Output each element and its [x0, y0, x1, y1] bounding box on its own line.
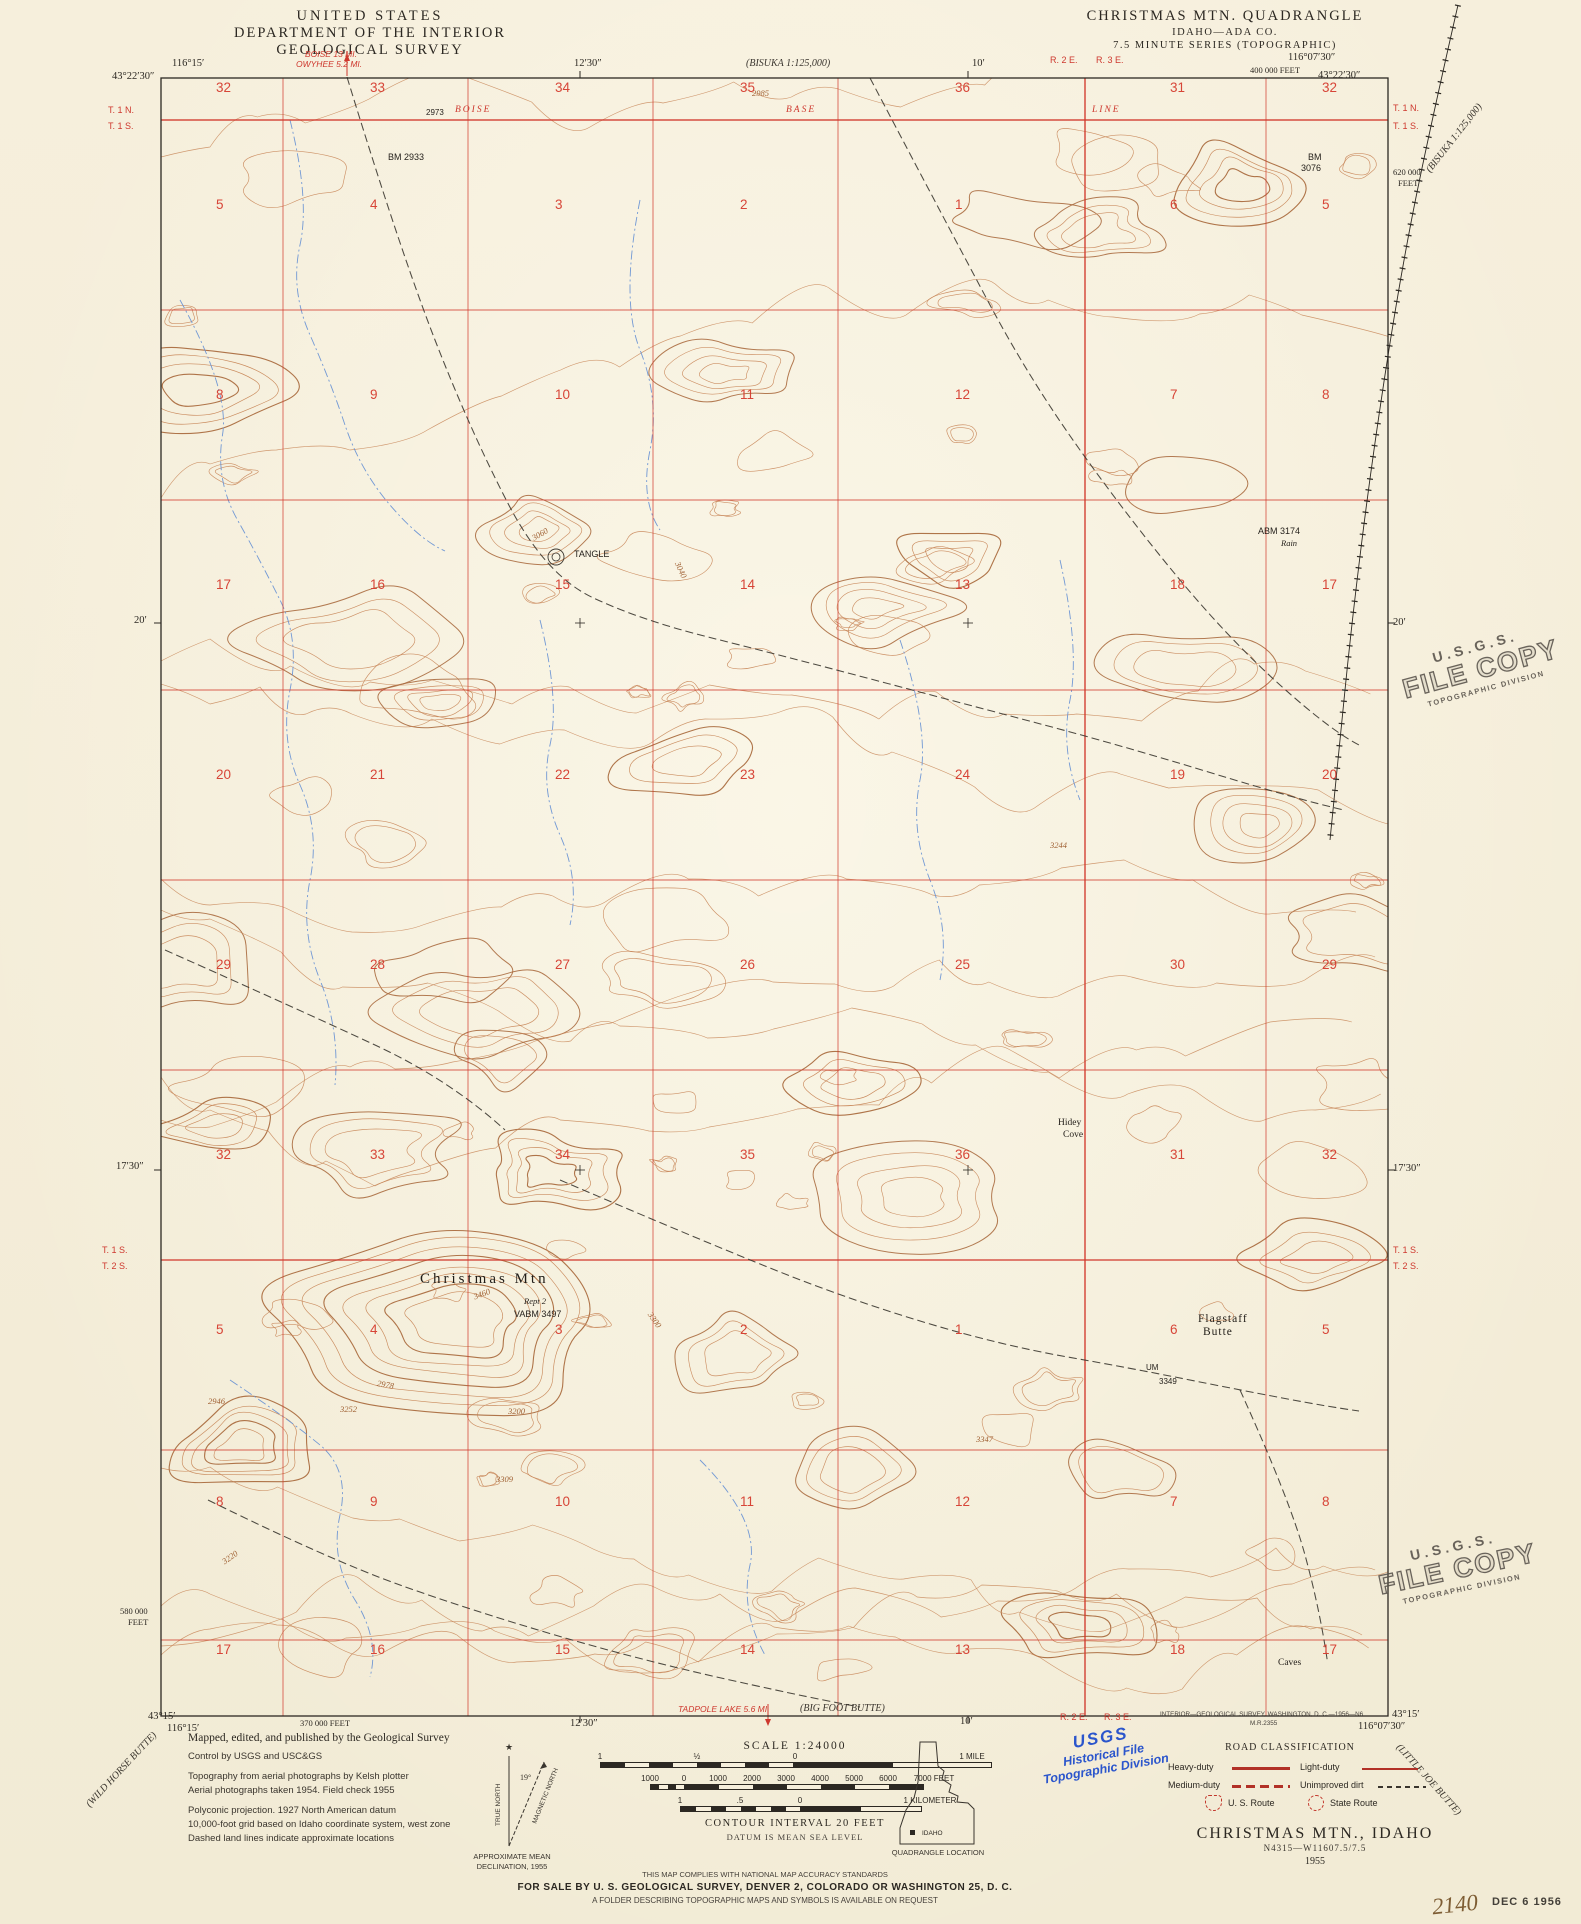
feet-scale-tick: 5000	[845, 1774, 863, 1783]
margin-label: 620 000	[1393, 167, 1421, 177]
section-number: 32	[1322, 80, 1337, 95]
declination-diagram: ★ TRUE NORTH MAGNETIC NORTH 19°	[460, 1736, 570, 1856]
section-number: 34	[555, 80, 570, 95]
map-feature-label: BASE	[786, 105, 816, 115]
feet-scale-tick: 6000	[879, 1774, 897, 1783]
margin-label: 12′30″	[570, 1718, 598, 1729]
compliance-block: THIS MAP COMPLIES WITH NATIONAL MAP ACCU…	[420, 1870, 1110, 1905]
quad-location-marker	[910, 1830, 915, 1835]
road-medium-sample	[1232, 1785, 1290, 1788]
section-number: 13	[955, 577, 970, 592]
section-number: 25	[955, 957, 970, 972]
map-feature-label: BM	[1308, 152, 1322, 162]
state-route-circle-icon	[1308, 1795, 1324, 1811]
margin-label: 370 000 FEET	[300, 1718, 350, 1728]
section-number: 2	[740, 1322, 748, 1337]
map-feature-label: Caves	[1278, 1658, 1301, 1668]
section-number: 18	[1170, 577, 1185, 592]
quadrangle-location-caption: QUADRANGLE LOCATION	[868, 1848, 1008, 1857]
feet-scale-tick: 1000	[641, 1774, 659, 1783]
feet-bar-left	[650, 1784, 686, 1790]
section-number: 3	[555, 1322, 563, 1337]
feet-scale-tick: 1000	[709, 1774, 727, 1783]
compliance-line: THIS MAP COMPLIES WITH NATIONAL MAP ACCU…	[420, 1870, 1110, 1879]
feet-scale-tick: 4000	[811, 1774, 829, 1783]
section-number: 1	[955, 197, 963, 212]
declination-caption-1: APPROXIMATE MEAN	[452, 1852, 572, 1861]
margin-label: TADPOLE LAKE 5.6 MI.	[678, 1704, 770, 1714]
margin-label: 400 000 FEET	[1250, 65, 1300, 75]
map-feature-label: Butte	[1203, 1326, 1233, 1338]
section-number: 29	[216, 957, 231, 972]
map-feature-label: 2973	[426, 108, 444, 117]
margin-label: 116°15′	[172, 58, 204, 69]
section-number: 22	[555, 767, 570, 782]
margin-label: 10′	[972, 58, 985, 69]
mile-bar-left	[600, 1762, 797, 1768]
road-dirt-sample	[1378, 1786, 1426, 1788]
handwritten-number: 2140	[1431, 1890, 1479, 1921]
section-number: 1	[955, 1322, 963, 1337]
section-number: 6	[1170, 197, 1178, 212]
map-feature-label: BM 2933	[388, 152, 424, 162]
margin-label: T. 2 S.	[102, 1261, 128, 1271]
section-number: 4	[370, 1322, 378, 1337]
road-heavy-sample	[1232, 1767, 1290, 1770]
margin-label: 43°15′	[1392, 1709, 1420, 1720]
state-route-label: State Route	[1330, 1798, 1378, 1808]
section-number: 28	[370, 957, 385, 972]
margin-label: 116°07′30″	[1288, 52, 1335, 63]
margin-label: R. 3 E.	[1096, 55, 1124, 65]
mile-scale-tick: ½	[694, 1752, 701, 1761]
margin-label: 20′	[134, 615, 147, 626]
section-number: 30	[1170, 957, 1185, 972]
road-light-sample	[1362, 1768, 1418, 1770]
section-number: 36	[955, 80, 970, 95]
margin-label: 116°07′30″	[1358, 1721, 1405, 1732]
road-medium-label: Medium-duty	[1168, 1780, 1220, 1790]
section-number: 5	[216, 1322, 224, 1337]
margin-label: 43°15′	[148, 1711, 176, 1722]
km-scale-tick: 1	[678, 1796, 682, 1805]
section-number: 8	[216, 387, 224, 402]
section-number: 14	[740, 577, 755, 592]
section-number: 27	[555, 957, 570, 972]
section-number: 12	[955, 387, 970, 402]
section-number: 31	[1170, 1147, 1185, 1162]
margin-label: R. 2 E.	[1050, 55, 1078, 65]
margin-label: BOISE 13 MI.	[305, 49, 357, 59]
section-number: 16	[370, 1642, 385, 1657]
map-feature-label: 3252	[340, 1404, 357, 1414]
section-number: 18	[1170, 1642, 1185, 1657]
section-number: 17	[1322, 1642, 1337, 1657]
section-grid-layer	[161, 78, 1388, 1716]
quad-series: 7.5 MINUTE SERIES (TOPOGRAPHIC)	[1030, 40, 1420, 51]
margin-label: 580 000	[120, 1606, 148, 1616]
mile-scale-tick: 1	[598, 1752, 602, 1761]
svg-text:★: ★	[505, 1742, 513, 1752]
magnetic-north-label: MAGNETIC NORTH	[531, 1767, 560, 1825]
margin-label: 43°22′30″	[112, 71, 154, 82]
section-number: 9	[370, 387, 378, 402]
section-number: 14	[740, 1642, 755, 1657]
graticule-ticks	[154, 71, 1395, 1723]
section-number: 7	[1170, 1494, 1178, 1509]
contour-lines-layer	[103, 0, 1421, 1694]
agency-header: UNITED STATES DEPARTMENT OF THE INTERIOR…	[165, 8, 575, 59]
section-number: 6	[1170, 1322, 1178, 1337]
map-series-id: N4315—W11607.5/7.5	[1150, 1843, 1480, 1853]
section-number: 35	[740, 80, 755, 95]
map-feature-label: Rain	[1281, 538, 1297, 548]
margin-label: T. 1 N.	[108, 105, 134, 115]
section-number: 32	[1322, 1147, 1337, 1162]
section-number: 32	[216, 80, 231, 95]
section-number: 5	[216, 197, 224, 212]
map-feature-label: Hidey	[1058, 1118, 1081, 1128]
section-number: 9	[370, 1494, 378, 1509]
section-number: 8	[1322, 1494, 1330, 1509]
section-number: 12	[955, 1494, 970, 1509]
section-number: 13	[955, 1642, 970, 1657]
section-number: 4	[370, 197, 378, 212]
margin-label: (BISUKA 1:125,000)	[746, 58, 830, 69]
section-number: 10	[555, 1494, 570, 1509]
km-scale-tick: .5	[737, 1796, 744, 1805]
section-number: 29	[1322, 957, 1337, 972]
section-number: 7	[1170, 387, 1178, 402]
map-feature-label: Christmas Mtn	[420, 1271, 549, 1288]
feet-bar-right	[684, 1784, 924, 1790]
margin-label: R. 2 E.	[1060, 1712, 1088, 1722]
map-feature-label: 3349	[1159, 1377, 1177, 1386]
section-number: 19	[1170, 767, 1185, 782]
margin-label: 17′30″	[1393, 1163, 1421, 1174]
map-feature-label: 3076	[1301, 163, 1321, 173]
margin-label: OWYHEE 5.2 MI.	[296, 59, 362, 69]
declination-angle: 19°	[520, 1773, 531, 1782]
map-feature-label: Cove	[1063, 1130, 1083, 1140]
section-number: 35	[740, 1147, 755, 1162]
map-feature-label: 2946	[208, 1396, 225, 1406]
margin-label: R. 3 E.	[1104, 1712, 1132, 1722]
map-canvas	[0, 0, 1581, 1924]
map-neatline	[161, 78, 1388, 1716]
margin-label: T. 1 N.	[1393, 103, 1419, 113]
map-feature-label: BOISE	[455, 105, 491, 115]
us-route-shield-icon	[1205, 1795, 1222, 1811]
map-feature-label: ABM 3174	[1258, 526, 1300, 536]
map-feature-label: Flagstaff	[1198, 1313, 1248, 1325]
mile-scale-tick: 0	[793, 1752, 797, 1761]
header-survey: GEOLOGICAL SURVEY	[165, 42, 575, 59]
map-feature-label: 3244	[1050, 840, 1067, 850]
margin-label: T. 1 S.	[1393, 1245, 1419, 1255]
road-light-label: Light-duty	[1300, 1762, 1340, 1772]
feet-scale-tick: 2000	[743, 1774, 761, 1783]
feet-scale-tick: 3000	[777, 1774, 795, 1783]
section-number: 33	[370, 1147, 385, 1162]
section-number: 31	[1170, 80, 1185, 95]
section-number: 16	[370, 577, 385, 592]
section-number: 20	[1322, 767, 1337, 782]
section-number: 34	[555, 1147, 570, 1162]
margin-label: 20′	[1393, 617, 1406, 628]
section-number: 15	[555, 577, 570, 592]
margin-label: T. 1 S.	[108, 121, 134, 131]
usgs-topo-map-scan: { "header": { "left": ["UNITED STATES", …	[0, 0, 1581, 1924]
km-bar-left	[680, 1806, 802, 1812]
section-number: 10	[555, 387, 570, 402]
received-date-stamp: DEC 6 1956	[1492, 1896, 1562, 1908]
map-feature-label: UM	[1146, 1363, 1158, 1372]
map-feature-label: TANGLE	[574, 549, 609, 559]
section-number: 20	[216, 767, 231, 782]
quad-county: IDAHO—ADA CO.	[1030, 27, 1420, 38]
section-number: 11	[740, 387, 754, 402]
section-number: 33	[370, 80, 385, 95]
section-number: 23	[740, 767, 755, 782]
feet-scale-tick: 0	[682, 1774, 686, 1783]
map-feature-label: 3347	[976, 1434, 993, 1444]
section-number: 32	[216, 1147, 231, 1162]
folder-line: A FOLDER DESCRIBING TOPOGRAPHIC MAPS AND…	[420, 1896, 1110, 1905]
margin-label: M.R.2355	[1250, 1720, 1277, 1727]
section-number: 21	[370, 767, 385, 782]
margin-label: FEET	[1398, 178, 1418, 188]
map-feature-label: Rept 2	[524, 1296, 546, 1306]
true-north-label: TRUE NORTH	[495, 1783, 502, 1826]
roads-trails-layer	[165, 5, 1458, 1726]
quad-name: CHRISTMAS MTN. QUADRANGLE	[1030, 8, 1420, 25]
margin-label: T. 1 S.	[102, 1245, 128, 1255]
section-number: 2	[740, 197, 748, 212]
road-dirt-label: Unimproved dirt	[1300, 1780, 1364, 1790]
header-united-states: UNITED STATES	[165, 8, 575, 25]
streams-layer	[180, 120, 1080, 1677]
section-number: 36	[955, 1147, 970, 1162]
section-number: 17	[216, 1642, 231, 1657]
for-sale-line: FOR SALE BY U. S. GEOLOGICAL SURVEY, DEN…	[420, 1882, 1110, 1893]
section-number: 11	[740, 1494, 754, 1509]
section-number: 24	[955, 767, 970, 782]
idaho-label: IDAHO	[922, 1830, 943, 1837]
map-feature-label: 3309	[496, 1474, 513, 1484]
map-year: 1955	[1150, 1856, 1480, 1867]
margin-label: T. 1 S.	[1393, 121, 1419, 131]
margin-label: T. 2 S.	[1393, 1261, 1419, 1271]
section-number: 17	[1322, 577, 1337, 592]
map-title: CHRISTMAS MTN., IDAHO	[1150, 1825, 1480, 1843]
section-number: 8	[1322, 387, 1330, 402]
section-number: 17	[216, 577, 231, 592]
section-number: 26	[740, 957, 755, 972]
margin-label: 17′30″	[116, 1161, 144, 1172]
margin-label: FEET	[128, 1617, 148, 1627]
section-number: 15	[555, 1642, 570, 1657]
km-scale-tick: 0	[798, 1796, 802, 1805]
margin-label: 12′30″	[574, 58, 602, 69]
section-number: 8	[216, 1494, 224, 1509]
header-department: DEPARTMENT OF THE INTERIOR	[165, 25, 575, 42]
margin-label: 10′	[960, 1716, 973, 1727]
margin-label: (BIG FOOT BUTTE)	[800, 1703, 885, 1714]
quadrangle-header: CHRISTMAS MTN. QUADRANGLE IDAHO—ADA CO. …	[1030, 8, 1420, 51]
section-number: 3	[555, 197, 563, 212]
map-feature-label: VABM 3497	[514, 1309, 561, 1319]
section-number: 5	[1322, 197, 1330, 212]
map-feature-label: LINE	[1092, 105, 1121, 115]
section-number: 5	[1322, 1322, 1330, 1337]
us-route-label: U. S. Route	[1228, 1798, 1275, 1808]
map-feature-label: 3200	[508, 1406, 525, 1416]
